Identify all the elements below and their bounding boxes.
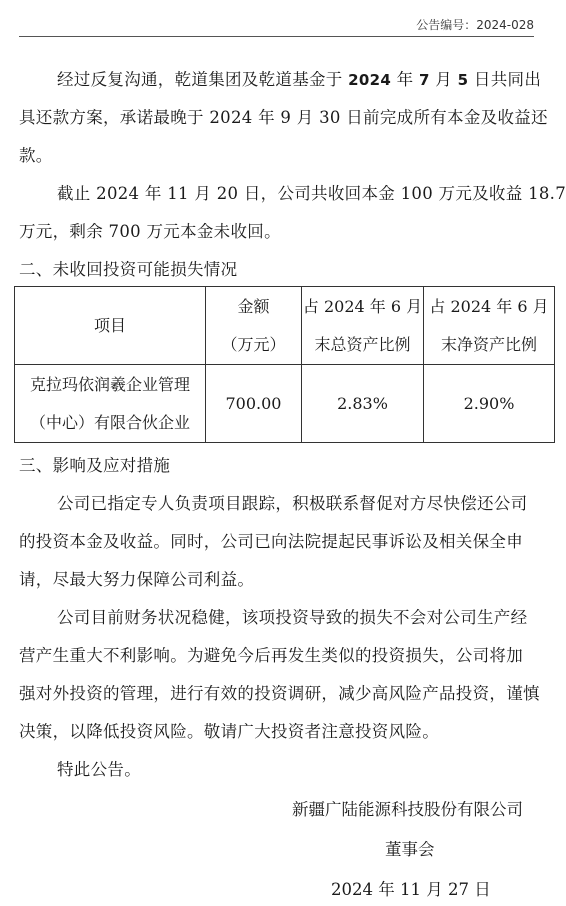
cell-amount: 700.00 bbox=[206, 365, 302, 443]
text-line: 万元，剩余 700 万元本金未收回。 bbox=[19, 218, 281, 242]
text-line: 公司已指定专人负责项目跟踪，积极联系督促对方尽快偿还公司 bbox=[57, 490, 527, 514]
section-title-potential-loss: 二、未收回投资可能损失情况 bbox=[19, 256, 237, 280]
text-segment: 月 bbox=[430, 70, 458, 89]
cell-item-line2: （中心）有限合伙企业 bbox=[15, 404, 205, 442]
signature-board: 董事会 bbox=[385, 836, 435, 860]
header-item: 项目 bbox=[15, 287, 206, 365]
cell-total-asset-ratio: 2.83% bbox=[302, 365, 424, 443]
cell-item: 克拉玛依润羲企业管理 （中心）有限合伙企业 bbox=[15, 365, 206, 443]
table-row: 克拉玛依润羲企业管理 （中心）有限合伙企业 700.00 2.83% 2.90% bbox=[15, 365, 555, 443]
header-amount-line1: 金额 bbox=[206, 288, 301, 326]
text-line: 款。 bbox=[19, 142, 53, 166]
cell-net-asset-ratio: 2.90% bbox=[424, 365, 555, 443]
text-line: 具还款方案，承诺最晚于 2024 年 9 月 30 日前完成所有本金及收益还 bbox=[19, 104, 548, 128]
cell-item-line1: 克拉玛依润羲企业管理 bbox=[15, 366, 205, 404]
closing-statement: 特此公告。 bbox=[57, 756, 141, 780]
text-segment: 日共同出 bbox=[468, 70, 541, 89]
header-net-line2: 末净资产比例 bbox=[424, 326, 554, 364]
header-total-line2: 末总资产比例 bbox=[302, 326, 423, 364]
date-year: 2024 bbox=[348, 71, 391, 89]
header-total-line1: 占 2024 年 6 月 bbox=[302, 288, 423, 326]
header-net-asset-ratio: 占 2024 年 6 月 末净资产比例 bbox=[424, 287, 555, 365]
text-line: 截止 2024 年 11 月 20 日，公司共收回本金 100 万元及收益 18… bbox=[57, 180, 566, 204]
signature-company: 新疆广陆能源科技股份有限公司 bbox=[292, 796, 523, 820]
header-total-asset-ratio: 占 2024 年 6 月 末总资产比例 bbox=[302, 287, 424, 365]
header-amount: 金额 （万元） bbox=[206, 287, 302, 365]
text-line: 决策，以降低投资风险。敬请广大投资者注意投资风险。 bbox=[19, 718, 439, 742]
text-segment: 年 bbox=[391, 70, 419, 89]
header-net-line1: 占 2024 年 6 月 bbox=[424, 288, 554, 326]
text-line: 营产生重大不利影响。为避免今后再发生类似的投资损失，公司将加 bbox=[19, 642, 523, 666]
date-day: 5 bbox=[458, 71, 469, 89]
section-title-impact: 三、影响及应对措施 bbox=[19, 452, 170, 476]
text-line: 公司目前财务状况稳健，该项投资导致的损失不会对公司生产经 bbox=[57, 604, 527, 628]
text-line: 请，尽最大努力保障公司利益。 bbox=[19, 566, 254, 590]
text-line: 经过反复沟通，乾道集团及乾道基金于 2024 年 7 月 5 日共同出 bbox=[57, 66, 541, 90]
signature-date: 2024 年 11 月 27 日 bbox=[331, 876, 491, 900]
header-rule bbox=[19, 36, 534, 37]
text-line: 的投资本金及收益。同时，公司已向法院提起民事诉讼及相关保全申 bbox=[19, 528, 523, 552]
table-header-row: 项目 金额 （万元） 占 2024 年 6 月 末总资产比例 占 2024 年 … bbox=[15, 287, 555, 365]
text-line: 强对外投资的管理，进行有效的投资调研，减少高风险产品投资，谨慎 bbox=[19, 680, 540, 704]
date-month: 7 bbox=[419, 71, 430, 89]
announcement-code: 公告编号：2024-028 bbox=[416, 16, 534, 33]
header-amount-line2: （万元） bbox=[206, 326, 301, 364]
text-segment: 经过反复沟通，乾道集团及乾道基金于 bbox=[57, 70, 348, 89]
potential-loss-table: 项目 金额 （万元） 占 2024 年 6 月 末总资产比例 占 2024 年 … bbox=[14, 286, 555, 443]
